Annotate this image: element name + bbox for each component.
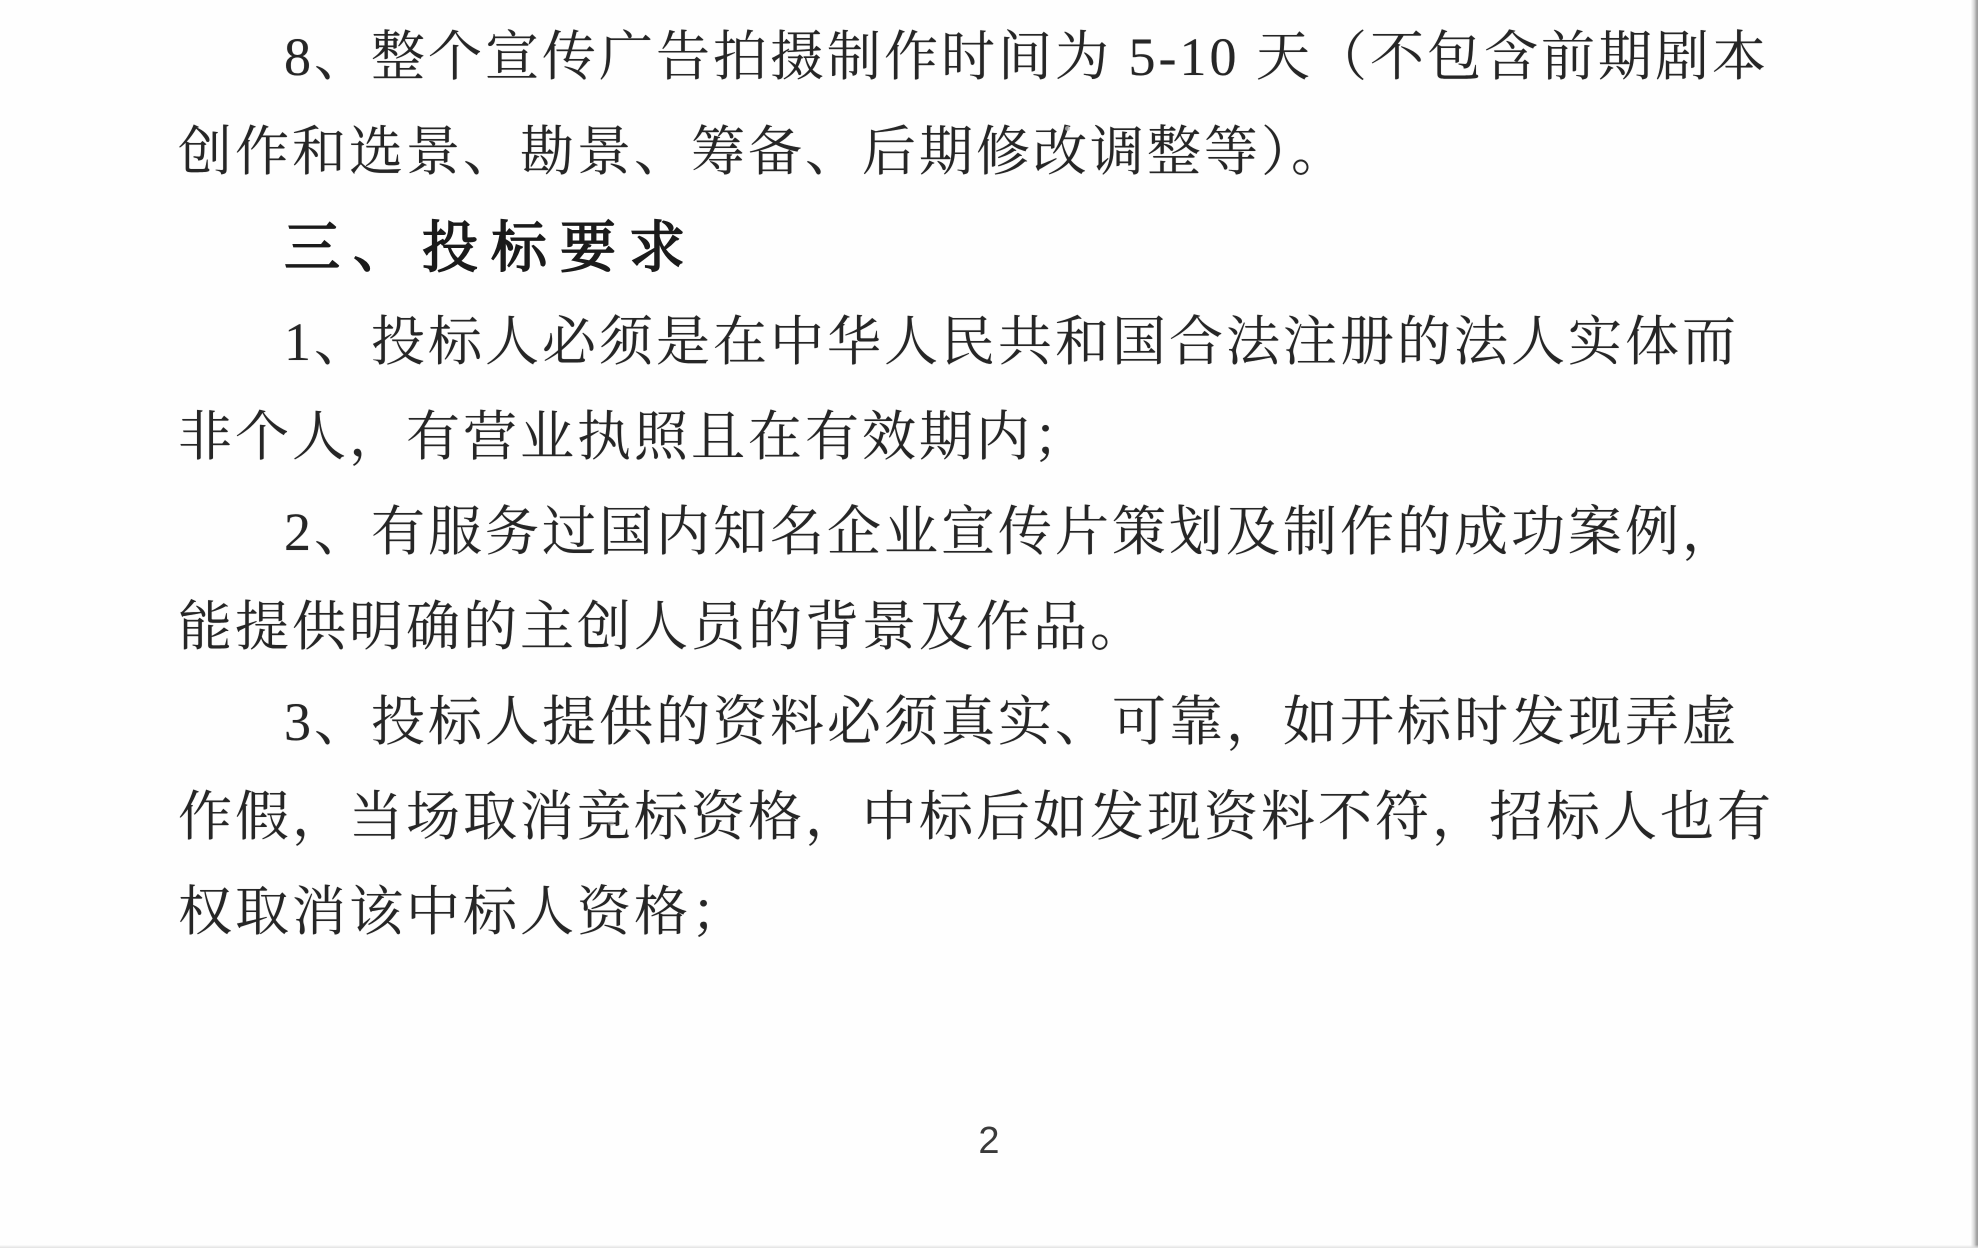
paragraph-item-1-line-2: 非个人，有营业执照且在有效期内； (178, 390, 1778, 485)
paragraph-item-1-line-1: 1、投标人必须是在中华人民共和国合法注册的法人实体而 (178, 295, 1778, 390)
scan-speck (608, 821, 614, 826)
paragraph-item-3-line-3: 权取消该中标人资格； (178, 865, 1778, 960)
page-number: 2 (0, 1118, 1978, 1164)
scan-edge-right (1971, 0, 1978, 1248)
paragraph-item-2-line-1: 2、有服务过国内知名企业宣传片策划及制作的成功案例， (178, 485, 1778, 580)
scanned-document-page: 8、整个宣传广告拍摄制作时间为 5-10 天（不包含前期剧本 创作和选景、勘景、… (0, 0, 1978, 1248)
paragraph-item-2-line-2: 能提供明确的主创人员的背景及作品。 (178, 580, 1778, 675)
scan-speck (1065, 126, 1070, 131)
paragraph-item-8-line-1: 8、整个宣传广告拍摄制作时间为 5-10 天（不包含前期剧本 (178, 10, 1778, 105)
paragraph-item-3-line-2: 作假，当场取消竞标资格，中标后如发现资料不符，招标人也有 (178, 770, 1778, 865)
document-body: 8、整个宣传广告拍摄制作时间为 5-10 天（不包含前期剧本 创作和选景、勘景、… (178, 10, 1778, 960)
section-heading-bid-requirements: 三、投标要求 (178, 200, 1778, 295)
paragraph-item-8-line-2: 创作和选景、勘景、筹备、后期修改调整等）。 (178, 105, 1778, 200)
paragraph-item-3-line-1: 3、投标人提供的资料必须真实、可靠，如开标时发现弄虚 (178, 675, 1778, 770)
